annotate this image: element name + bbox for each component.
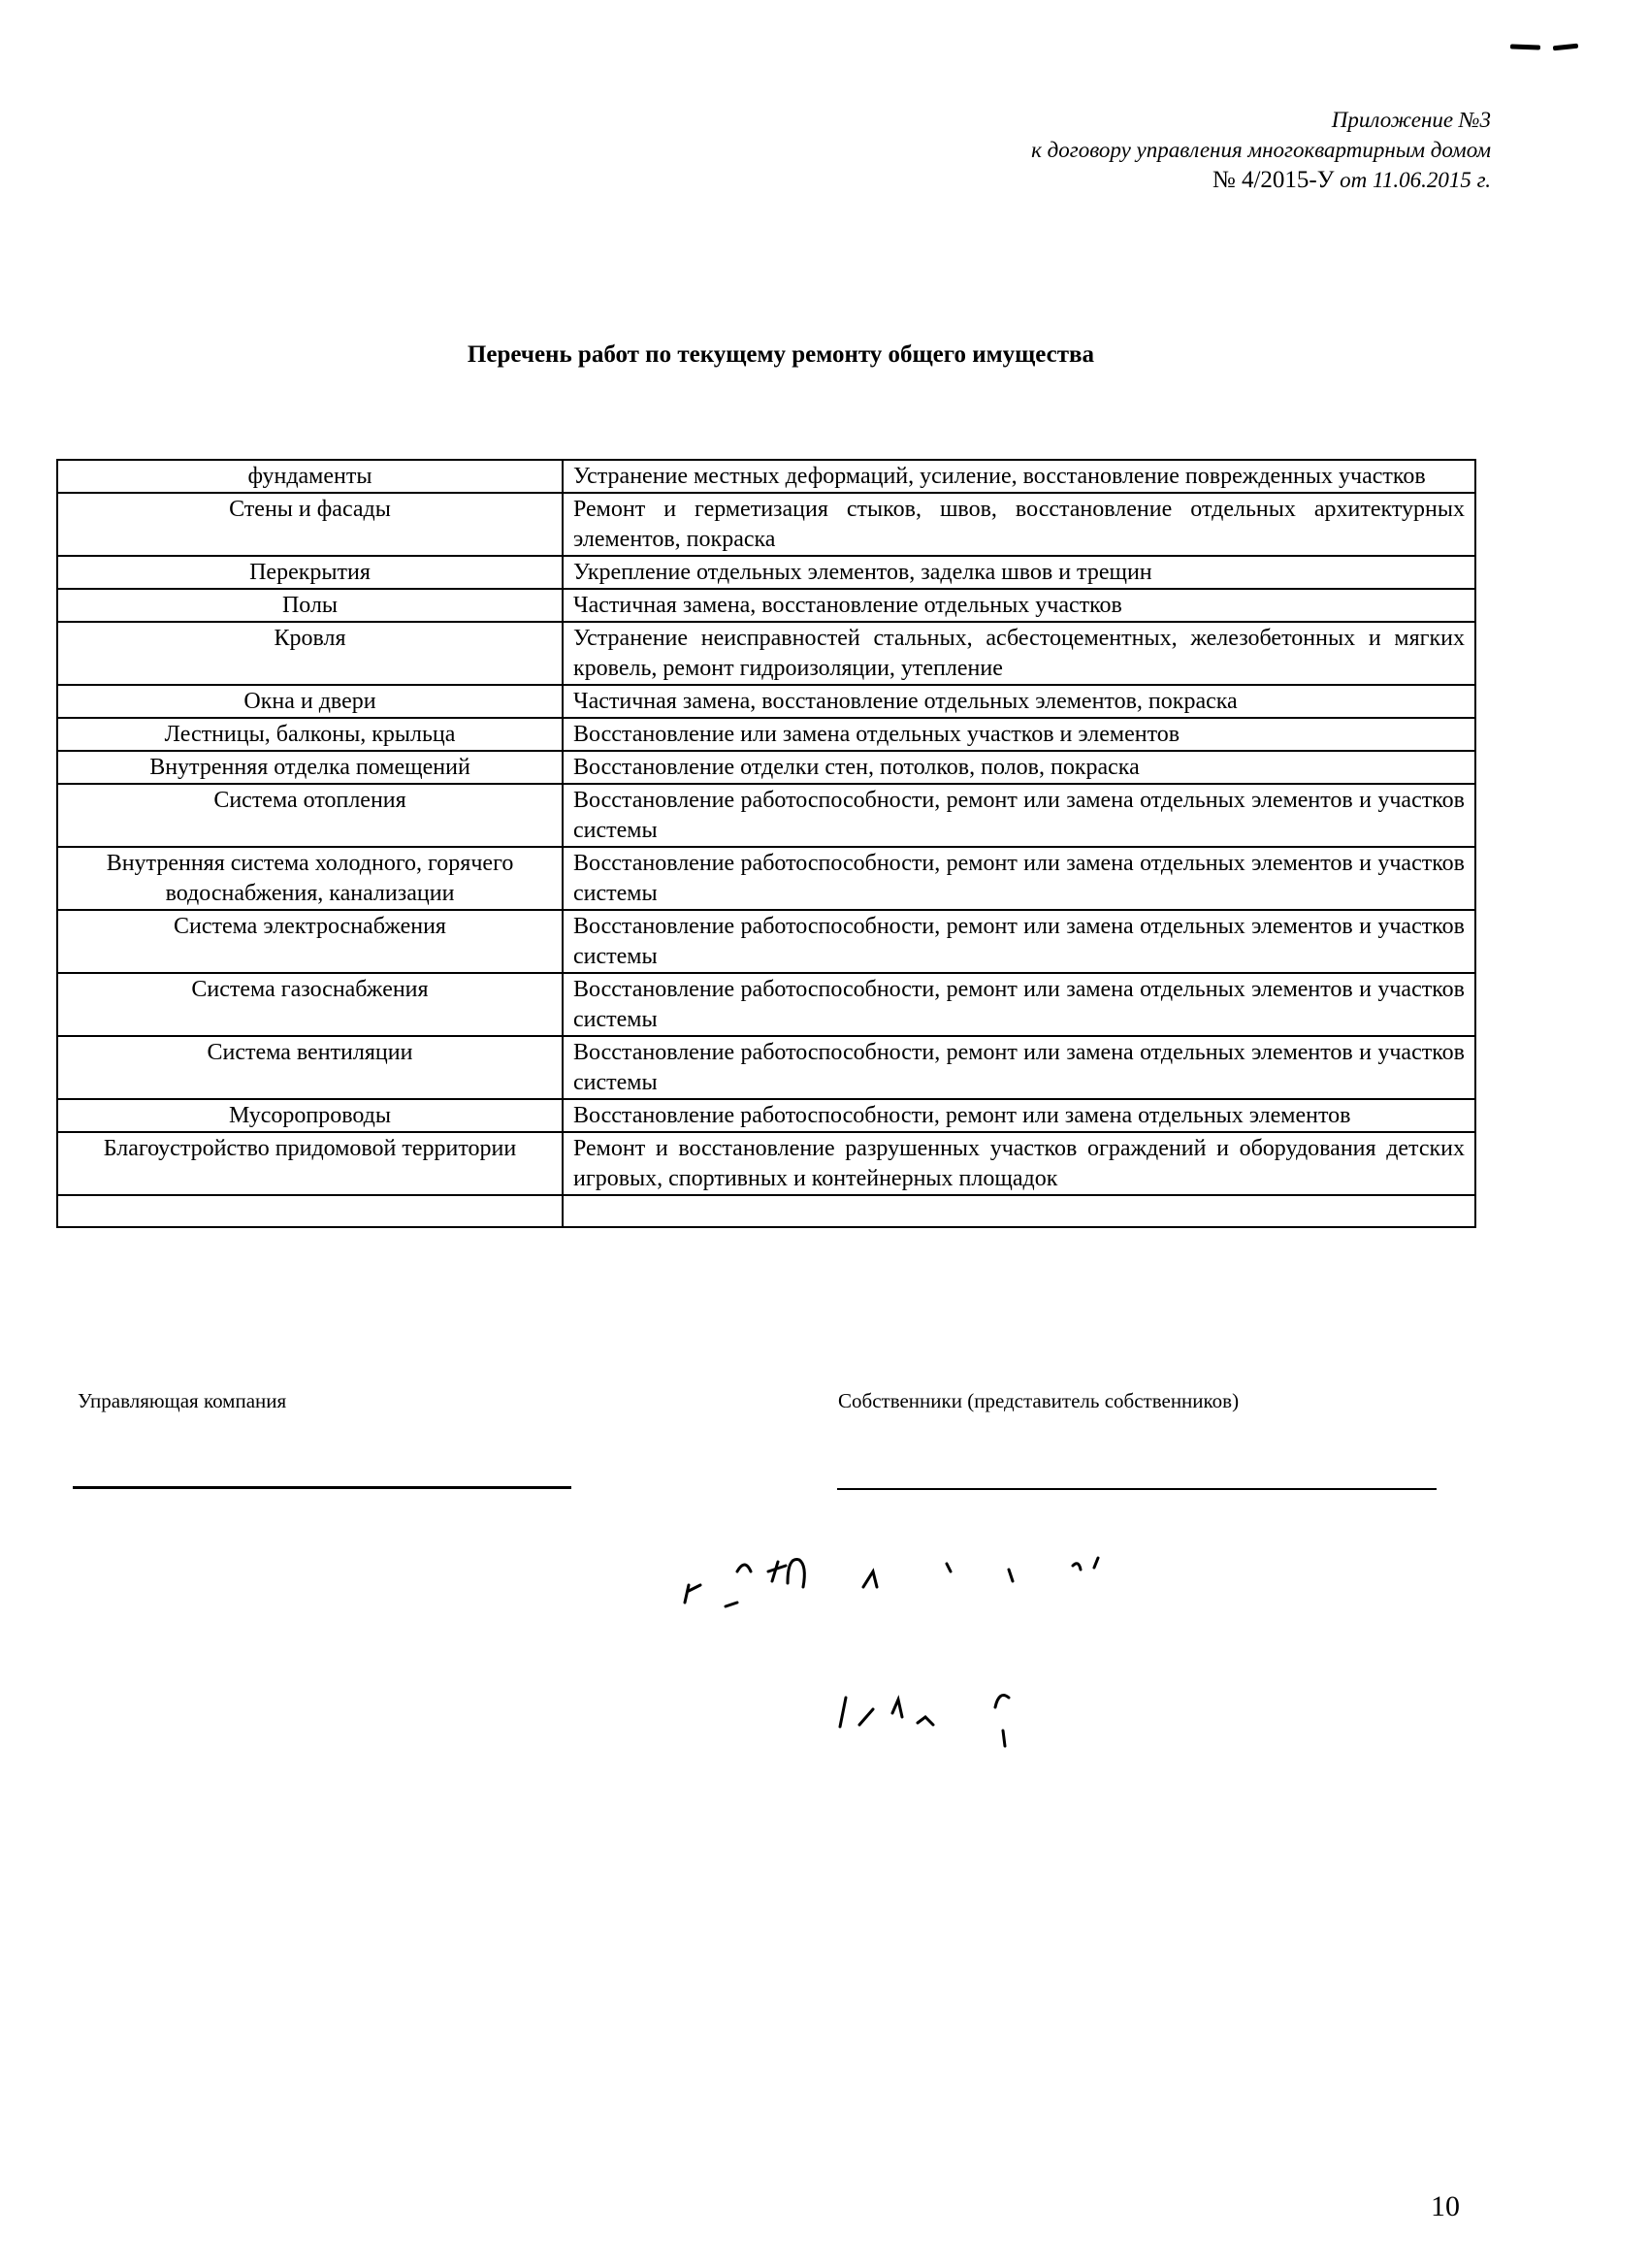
scan-artifact [1553, 44, 1578, 51]
management-company-label: Управляющая компания [78, 1389, 286, 1413]
table-row: фундаментыУстранение местных деформаций,… [57, 460, 1475, 493]
appendix-label: Приложение №3 [1031, 105, 1491, 135]
building-element-cell: Система вентиляции [57, 1036, 563, 1099]
repair-works-cell: Восстановление отделки стен, потолков, п… [563, 751, 1475, 784]
table-row: МусоропроводыВосстановление работоспособ… [57, 1099, 1475, 1132]
building-element-cell [57, 1195, 563, 1227]
table-row: Система газоснабженияВосстановление рабо… [57, 973, 1475, 1036]
table-row: Лестницы, балконы, крыльцаВосстановление… [57, 718, 1475, 751]
page-number: 10 [1431, 2190, 1460, 2223]
building-element-cell: Кровля [57, 622, 563, 685]
building-element-cell: фундаменты [57, 460, 563, 493]
building-element-cell: Внутренняя система холодного, горячего в… [57, 847, 563, 910]
appendix-contract-line: № 4/2015-У от 11.06.2015 г. [1031, 165, 1491, 195]
building-element-cell: Мусоропроводы [57, 1099, 563, 1132]
table-row: ПерекрытияУкрепление отдельных элементов… [57, 556, 1475, 589]
repair-works-cell: Ремонт и герметизация стыков, швов, восс… [563, 493, 1475, 556]
building-element-cell: Внутренняя отделка помещений [57, 751, 563, 784]
table-row: Стены и фасадыРемонт и герметизация стык… [57, 493, 1475, 556]
appendix-contract-ref: к договору управления многоквартирным до… [1031, 135, 1491, 165]
table-row: Система электроснабженияВосстановление р… [57, 910, 1475, 973]
table-row: Окна и двериЧастичная замена, восстановл… [57, 685, 1475, 718]
repair-works-cell: Укрепление отдельных элементов, заделка … [563, 556, 1475, 589]
management-company-signature-line [73, 1486, 571, 1489]
owners-signature-line [837, 1488, 1437, 1490]
building-element-cell: Благоустройство придомовой территории [57, 1132, 563, 1195]
table-row: Внутренняя отделка помещенийВосстановлен… [57, 751, 1475, 784]
building-element-cell: Лестницы, балконы, крыльца [57, 718, 563, 751]
handwritten-signature [679, 1552, 1358, 1766]
repair-works-cell: Восстановление работоспособности, ремонт… [563, 973, 1475, 1036]
repair-works-cell: Устранение местных деформаций, усиление,… [563, 460, 1475, 493]
building-element-cell: Система газоснабжения [57, 973, 563, 1036]
repair-works-cell: Ремонт и восстановление разрушенных учас… [563, 1132, 1475, 1195]
repair-works-cell: Восстановление работоспособности, ремонт… [563, 910, 1475, 973]
scan-artifact [1510, 44, 1540, 49]
building-element-cell: Перекрытия [57, 556, 563, 589]
building-element-cell: Стены и фасады [57, 493, 563, 556]
document-title: Перечень работ по текущему ремонту общег… [0, 341, 1562, 369]
repair-works-cell: Восстановление работоспособности, ремонт… [563, 1036, 1475, 1099]
table-row [57, 1195, 1475, 1227]
appendix-header: Приложение №3 к договору управления мног… [1031, 105, 1491, 195]
repair-works-cell: Восстановление работоспособности, ремонт… [563, 1099, 1475, 1132]
table-row: ПолыЧастичная замена, восстановление отд… [57, 589, 1475, 622]
building-element-cell: Полы [57, 589, 563, 622]
building-element-cell: Система отопления [57, 784, 563, 847]
building-element-cell: Окна и двери [57, 685, 563, 718]
table-row: Система отопленияВосстановление работосп… [57, 784, 1475, 847]
table-row: КровляУстранение неисправностей стальных… [57, 622, 1475, 685]
repair-works-table: фундаментыУстранение местных деформаций,… [56, 459, 1476, 1228]
repair-works-cell: Частичная замена, восстановление отдельн… [563, 589, 1475, 622]
owners-label: Собственники (представитель собственнико… [838, 1389, 1239, 1413]
contract-number: № 4/2015-У [1212, 167, 1335, 193]
repair-works-cell [563, 1195, 1475, 1227]
repair-works-cell: Восстановление работоспособности, ремонт… [563, 784, 1475, 847]
building-element-cell: Система электроснабжения [57, 910, 563, 973]
table-row: Благоустройство придомовой территорииРем… [57, 1132, 1475, 1195]
table-row: Система вентиляцииВосстановление работос… [57, 1036, 1475, 1099]
repair-works-cell: Частичная замена, восстановление отдельн… [563, 685, 1475, 718]
table-row: Внутренняя система холодного, горячего в… [57, 847, 1475, 910]
repair-works-cell: Восстановление или замена отдельных учас… [563, 718, 1475, 751]
contract-date: от 11.06.2015 г. [1340, 168, 1491, 192]
repair-works-cell: Устранение неисправностей стальных, асбе… [563, 622, 1475, 685]
repair-works-cell: Восстановление работоспособности, ремонт… [563, 847, 1475, 910]
